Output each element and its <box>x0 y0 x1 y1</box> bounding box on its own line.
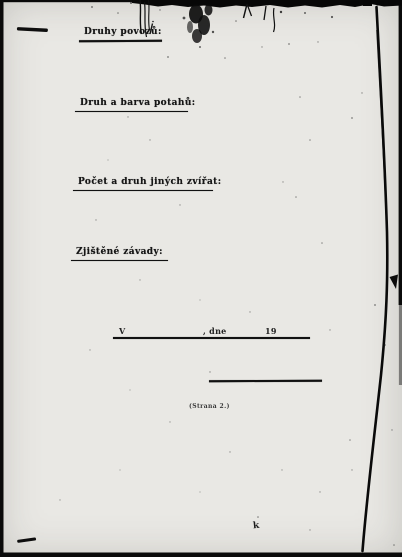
field-label-druhy-povozu: Druhy povozů: <box>84 27 162 37</box>
field-label-pocet-a-druh-jinych-zvirat: Počet a druh jiných zvířat: <box>78 177 221 187</box>
ink-blob <box>183 5 215 49</box>
scan-specks <box>59 2 395 546</box>
scan-border-left <box>0 0 4 557</box>
fill-in-rule-zjistene-zavady <box>71 260 168 262</box>
date-fill-in-rule <box>113 337 310 339</box>
fill-in-rule-pocet-a-druh-jinych-zvirat <box>73 190 213 192</box>
edge-scratch <box>244 4 248 18</box>
scan-artifacts-overlay <box>0 0 402 557</box>
corner-tear-mark <box>390 275 399 290</box>
field-label-zjistene-zavady: Zjištěné závady: <box>76 247 163 257</box>
signature-rule <box>209 380 322 382</box>
margin-dash-bottom <box>17 537 36 543</box>
scan-border-top <box>0 0 402 2</box>
scan-border-right <box>399 0 402 305</box>
date-line-year-prefix: 19 <box>265 326 277 336</box>
footer-page-note: (Strana 2.) <box>189 403 230 410</box>
page-edge-crease-line <box>363 7 388 551</box>
field-label-druh-a-barva-potahu: Druh a barva potahů: <box>80 98 196 108</box>
margin-dash-top <box>17 27 48 32</box>
handwritten-mark: k <box>252 521 259 532</box>
date-line-day-label: , dne <box>203 326 227 336</box>
scanned-form-page: Druhy povozů: Druh a barva potahů: Počet… <box>0 0 402 557</box>
fill-in-rule-druhy-povozu <box>79 39 162 41</box>
fill-in-rule-druh-a-barva-potahu <box>75 111 188 113</box>
top-edge-band <box>132 0 402 8</box>
scan-border-bottom <box>0 553 402 557</box>
date-line-city-prefix: V <box>119 326 126 336</box>
